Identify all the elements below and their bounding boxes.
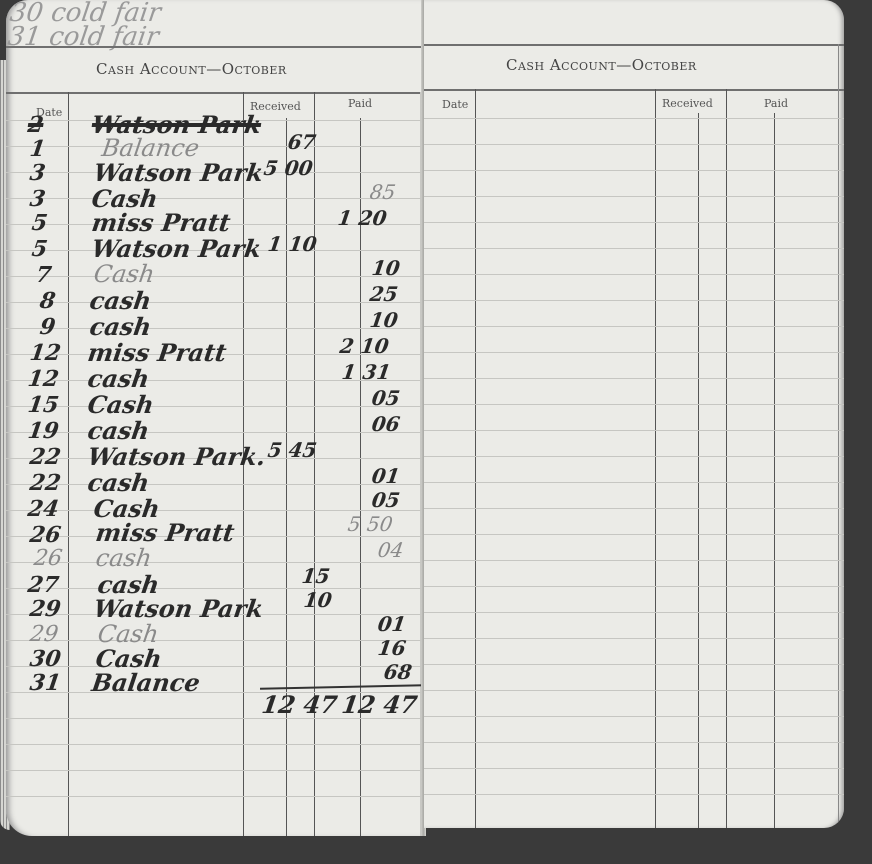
entry-paid: 16 [376, 636, 407, 660]
total-received: 12 47 [260, 690, 339, 719]
column-header-paid: Paid [348, 97, 372, 110]
paid-cents-divider [774, 113, 775, 828]
left-page: 30 cold fair 31 cold fair Cash Account—O… [6, 0, 424, 836]
total-paid: 12 47 [340, 690, 419, 719]
line-rule [6, 666, 424, 667]
line-rule [6, 302, 424, 303]
page-title: Cash Account—October [96, 60, 287, 78]
line-rule [424, 248, 844, 249]
received-cents-divider [698, 113, 699, 828]
line-rule [424, 456, 844, 457]
entry-paid: 05 [370, 386, 401, 410]
line-rule [424, 742, 844, 743]
entry-date: 9 [38, 314, 57, 340]
entry-date: 1 [28, 136, 47, 162]
line-rule [424, 586, 844, 587]
entry-paid: 10 [368, 308, 399, 332]
entry-paid: 1 20 [336, 206, 388, 230]
paid-column-divider [726, 89, 727, 828]
entry-description: cash [86, 364, 151, 393]
line-rule [424, 144, 844, 145]
line-rule [6, 328, 424, 329]
entry-date: 2 [26, 112, 45, 138]
entry-description: miss Pratt [86, 338, 228, 367]
entry-received: 10 [302, 588, 333, 612]
entry-date: 12 [26, 366, 60, 392]
date-column-divider [475, 89, 476, 828]
entry-description: Watson Park [92, 158, 265, 187]
page-title: Cash Account—October [506, 56, 697, 74]
line-rule [424, 638, 844, 639]
entry-paid: 25 [368, 282, 399, 306]
entry-description: Balance [90, 668, 202, 697]
line-rule [424, 482, 844, 483]
date-column-divider [68, 92, 69, 836]
entry-received: 15 [300, 564, 331, 588]
entry-date: 7 [34, 262, 53, 288]
line-rule [6, 406, 424, 407]
line-rule [6, 146, 424, 147]
line-rule [424, 274, 844, 275]
right-margin-rule [838, 44, 839, 828]
line-rule [6, 640, 424, 641]
line-rule [6, 484, 424, 485]
line-rule [424, 716, 844, 717]
entry-date: 26 [28, 522, 62, 548]
entry-date: 22 [28, 470, 62, 496]
entry-received: 67 [286, 130, 317, 154]
entry-paid: 05 [370, 488, 401, 512]
entry-date: 24 [26, 496, 60, 522]
entry-description: cash [88, 312, 153, 341]
line-rule [424, 612, 844, 613]
line-rule [424, 664, 844, 665]
title-top-rule [6, 46, 424, 48]
entry-date: 29 [28, 622, 60, 647]
entry-received: 5 45 [266, 438, 318, 462]
right-page: Cash Account—October Date Received Paid [424, 0, 844, 828]
entry-paid: 10 [370, 256, 401, 280]
line-rule [6, 744, 424, 745]
column-header-paid: Paid [764, 97, 788, 110]
entry-paid: 5 50 [346, 512, 394, 536]
line-rule [424, 170, 844, 171]
entry-paid: 01 [376, 612, 407, 636]
entry-date: 30 [28, 646, 62, 672]
entry-description: Cash [86, 390, 156, 419]
entry-date: 22 [28, 444, 62, 470]
entry-description: cash [88, 286, 153, 315]
entry-paid: 85 [368, 180, 397, 204]
line-rule [6, 588, 424, 589]
entry-paid: 1 31 [340, 360, 392, 384]
entry-date: 15 [26, 392, 60, 418]
entry-description: cash [94, 544, 153, 572]
line-rule [424, 430, 844, 431]
entry-description: cash [86, 416, 151, 445]
line-rule [6, 198, 424, 199]
entry-date: 12 [28, 340, 62, 366]
entry-description: Watson Park. [86, 442, 267, 471]
line-rule [6, 510, 424, 511]
line-rule [424, 352, 844, 353]
entry-date: 5 [30, 236, 49, 262]
line-rule [6, 796, 424, 797]
entry-paid: 01 [370, 464, 401, 488]
line-rule [424, 794, 844, 795]
entry-date: 29 [28, 596, 62, 622]
line-rule [424, 196, 844, 197]
entry-received: 1 10 [266, 232, 318, 256]
line-rule [6, 276, 424, 277]
entry-paid: 04 [376, 538, 405, 562]
entry-date: 3 [28, 160, 47, 186]
entry-paid: 2 10 [338, 334, 390, 358]
entry-paid: 68 [382, 660, 413, 684]
entry-date: 26 [32, 546, 64, 571]
entry-date: 3 [28, 186, 47, 212]
entry-description: Watson Park [92, 594, 265, 623]
line-rule [6, 562, 424, 563]
ledger-book: 30 cold fair 31 cold fair Cash Account—O… [0, 0, 872, 864]
line-rule [424, 560, 844, 561]
line-rule [424, 300, 844, 301]
line-rule [424, 768, 844, 769]
entry-description: Cash [92, 260, 156, 288]
line-rule [424, 378, 844, 379]
entry-date: 31 [28, 670, 62, 696]
entry-description: Watson Park [90, 234, 263, 263]
column-header-date: Date [442, 98, 468, 111]
received-column-divider [655, 89, 656, 828]
paid-column-divider [314, 92, 315, 836]
entry-date: 27 [26, 572, 60, 598]
line-rule [424, 222, 844, 223]
line-rule [424, 690, 844, 691]
line-rule [6, 770, 424, 771]
line-rule [424, 326, 844, 327]
received-cents-divider [286, 118, 287, 836]
entry-description: miss Pratt [90, 208, 232, 237]
entry-date: 5 [30, 210, 49, 236]
entry-description: miss Pratt [94, 518, 236, 547]
entry-date: 8 [38, 288, 57, 314]
total-rule [260, 684, 424, 689]
entry-received: 5 00 [262, 156, 314, 180]
entry-description: cash [86, 468, 151, 497]
title-top-rule [424, 44, 844, 46]
entry-paid: 06 [370, 412, 401, 436]
line-rule [424, 508, 844, 509]
line-rule [424, 118, 844, 119]
line-rule [424, 534, 844, 535]
header-rule [424, 89, 844, 91]
line-rule [424, 404, 844, 405]
line-rule [6, 432, 424, 433]
column-header-received: Received [662, 97, 713, 110]
entry-date: 19 [26, 418, 60, 444]
